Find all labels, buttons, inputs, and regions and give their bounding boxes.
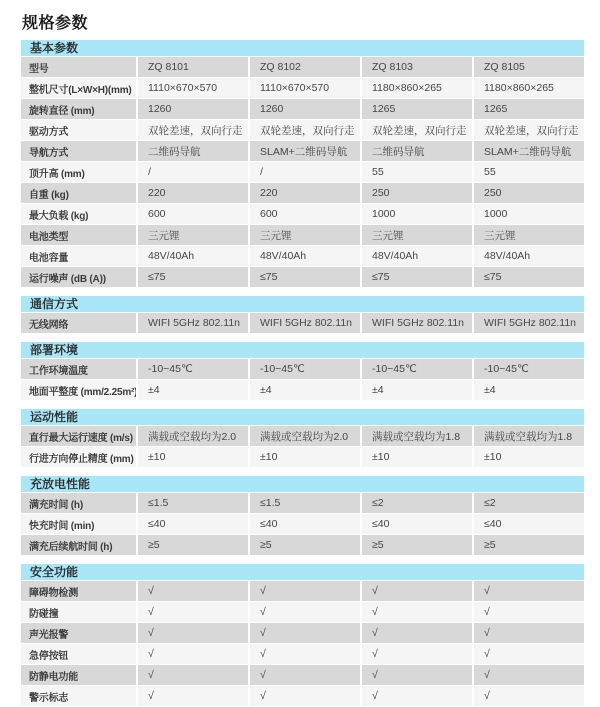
- value-cell: ZQ 8102: [250, 57, 360, 77]
- table-row: 型号ZQ 8101ZQ 8102ZQ 8103ZQ 8105: [21, 57, 584, 77]
- value-cell: ≤2: [362, 493, 472, 513]
- table-row: 满充时间 (h)≤1.5≤1.5≤2≤2: [21, 493, 584, 513]
- value-cell: -10~45℃: [474, 359, 584, 379]
- value-cell: √: [250, 665, 360, 685]
- value-cell: √: [474, 686, 584, 706]
- value-cell: √: [474, 602, 584, 622]
- table-row: 防碰撞√√√√: [21, 602, 584, 622]
- table-row: 电池类型三元锂三元锂三元锂三元锂: [21, 225, 584, 245]
- value-cell: 1260: [138, 99, 248, 119]
- value-cell: 双轮差速，双向行走: [362, 120, 472, 140]
- row-label: 无线网络: [21, 313, 136, 333]
- value-cell: 55: [362, 162, 472, 182]
- table-row: 快充时间 (min)≤40≤40≤40≤40: [21, 514, 584, 534]
- value-cell: ±4: [138, 380, 248, 400]
- table-row: 导航方式二维码导航SLAM+二维码导航二维码导航SLAM+二维码导航: [21, 141, 584, 161]
- value-cell: ±10: [250, 447, 360, 467]
- table-row: 防静电功能√√√√: [21, 665, 584, 685]
- table-row: 障碍物检测√√√√: [21, 581, 584, 601]
- row-label: 警示标志: [21, 686, 136, 706]
- value-cell: √: [250, 686, 360, 706]
- value-cell: WIFI 5GHz 802.11n: [250, 313, 360, 333]
- value-cell: 双轮差速，双向行走: [474, 120, 584, 140]
- value-cell: 48V/40Ah: [138, 246, 248, 266]
- value-cell: √: [474, 623, 584, 643]
- row-label: 顶升高 (mm): [21, 162, 136, 182]
- value-cell: ZQ 8103: [362, 57, 472, 77]
- row-label: 驱动方式: [21, 120, 136, 140]
- value-cell: ±10: [362, 447, 472, 467]
- value-cell: 三元锂: [362, 225, 472, 245]
- value-cell: ≤40: [474, 514, 584, 534]
- row-label: 直行最大运行速度 (m/s): [21, 426, 136, 446]
- value-cell: 二维码导航: [138, 141, 248, 161]
- row-label: 满充时间 (h): [21, 493, 136, 513]
- value-cell: 55: [474, 162, 584, 182]
- value-cell: /: [250, 162, 360, 182]
- value-cell: √: [362, 602, 472, 622]
- row-label: 导航方式: [21, 141, 136, 161]
- spec-section: 运动性能直行最大运行速度 (m/s)满载或空载均为2.0满载或空载均为2.0满载…: [21, 409, 584, 467]
- row-label: 障碍物检测: [21, 581, 136, 601]
- value-cell: ≥5: [474, 535, 584, 555]
- value-cell: 600: [250, 204, 360, 224]
- value-cell: √: [362, 665, 472, 685]
- table-row: 运行噪声 (dB (A))≤75≤75≤75≤75: [21, 267, 584, 287]
- value-cell: √: [474, 644, 584, 664]
- value-cell: ≤75: [362, 267, 472, 287]
- value-cell: ±4: [362, 380, 472, 400]
- value-cell: 三元锂: [138, 225, 248, 245]
- table-row: 无线网络WIFI 5GHz 802.11nWIFI 5GHz 802.11nWI…: [21, 313, 584, 333]
- value-cell: √: [250, 581, 360, 601]
- value-cell: √: [138, 581, 248, 601]
- value-cell: ≤1.5: [250, 493, 360, 513]
- value-cell: 满载或空载均为1.8: [474, 426, 584, 446]
- value-cell: √: [138, 602, 248, 622]
- value-cell: √: [138, 644, 248, 664]
- value-cell: WIFI 5GHz 802.11n: [474, 313, 584, 333]
- row-label: 旋转直径 (mm): [21, 99, 136, 119]
- value-cell: 220: [250, 183, 360, 203]
- value-cell: √: [474, 665, 584, 685]
- value-cell: ±10: [138, 447, 248, 467]
- row-label: 最大负载 (kg): [21, 204, 136, 224]
- row-label: 防碰撞: [21, 602, 136, 622]
- value-cell: ZQ 8101: [138, 57, 248, 77]
- row-label: 电池容量: [21, 246, 136, 266]
- value-cell: ≤40: [138, 514, 248, 534]
- table-row: 直行最大运行速度 (m/s)满载或空载均为2.0满载或空载均为2.0满载或空载均…: [21, 426, 584, 446]
- spec-section: 通信方式无线网络WIFI 5GHz 802.11nWIFI 5GHz 802.1…: [21, 296, 584, 333]
- row-label: 行进方向停止精度 (mm): [21, 447, 136, 467]
- row-label: 电池类型: [21, 225, 136, 245]
- value-cell: 48V/40Ah: [474, 246, 584, 266]
- row-label: 快充时间 (min): [21, 514, 136, 534]
- value-cell: √: [362, 686, 472, 706]
- value-cell: √: [138, 686, 248, 706]
- value-cell: ±4: [474, 380, 584, 400]
- section-header: 基本参数: [21, 40, 584, 56]
- spec-section: 安全功能障碍物检测√√√√防碰撞√√√√声光报警√√√√急停按钮√√√√防静电功…: [21, 564, 584, 706]
- value-cell: 48V/40Ah: [362, 246, 472, 266]
- value-cell: √: [362, 581, 472, 601]
- value-cell: ≤75: [250, 267, 360, 287]
- value-cell: √: [250, 644, 360, 664]
- value-cell: 1260: [250, 99, 360, 119]
- row-label: 工作环境温度: [21, 359, 136, 379]
- spec-table: 基本参数型号ZQ 8101ZQ 8102ZQ 8103ZQ 8105整机尺寸(L…: [21, 40, 584, 706]
- value-cell: ≤2: [474, 493, 584, 513]
- value-cell: √: [250, 602, 360, 622]
- value-cell: -10~45℃: [362, 359, 472, 379]
- value-cell: 满载或空载均为2.0: [250, 426, 360, 446]
- value-cell: √: [474, 581, 584, 601]
- table-row: 满充后续航时间 (h)≥5≥5≥5≥5: [21, 535, 584, 555]
- value-cell: WIFI 5GHz 802.11n: [138, 313, 248, 333]
- section-header: 安全功能: [21, 564, 584, 580]
- value-cell: ≤40: [362, 514, 472, 534]
- value-cell: 满载或空载均为1.8: [362, 426, 472, 446]
- value-cell: 双轮差速，双向行走: [250, 120, 360, 140]
- table-row: 工作环境温度-10~45℃-10~45℃-10~45℃-10~45℃: [21, 359, 584, 379]
- value-cell: ≤40: [250, 514, 360, 534]
- value-cell: √: [138, 623, 248, 643]
- value-cell: 250: [474, 183, 584, 203]
- value-cell: -10~45℃: [138, 359, 248, 379]
- value-cell: ≤1.5: [138, 493, 248, 513]
- value-cell: 1110×670×570: [138, 78, 248, 98]
- value-cell: ≥5: [138, 535, 248, 555]
- row-label: 满充后续航时间 (h): [21, 535, 136, 555]
- row-label: 型号: [21, 57, 136, 77]
- value-cell: 1110×670×570: [250, 78, 360, 98]
- value-cell: √: [138, 665, 248, 685]
- value-cell: ≥5: [250, 535, 360, 555]
- table-row: 驱动方式双轮差速，双向行走双轮差速，双向行走双轮差速，双向行走双轮差速，双向行走: [21, 120, 584, 140]
- value-cell: -10~45℃: [250, 359, 360, 379]
- row-label: 声光报警: [21, 623, 136, 643]
- value-cell: 250: [362, 183, 472, 203]
- value-cell: 1180×860×265: [474, 78, 584, 98]
- value-cell: ≤75: [138, 267, 248, 287]
- section-header: 通信方式: [21, 296, 584, 312]
- value-cell: ±4: [250, 380, 360, 400]
- value-cell: ≥5: [362, 535, 472, 555]
- table-row: 整机尺寸(L×W×H)(mm)1110×670×5701110×670×5701…: [21, 78, 584, 98]
- value-cell: 1180×860×265: [362, 78, 472, 98]
- table-row: 最大负载 (kg)60060010001000: [21, 204, 584, 224]
- table-row: 地面平整度 (mm/2.25m²)±4±4±4±4: [21, 380, 584, 400]
- value-cell: 48V/40Ah: [250, 246, 360, 266]
- table-row: 旋转直径 (mm)1260126012651265: [21, 99, 584, 119]
- spec-section: 部署环境工作环境温度-10~45℃-10~45℃-10~45℃-10~45℃地面…: [21, 342, 584, 400]
- value-cell: 二维码导航: [362, 141, 472, 161]
- value-cell: 1000: [362, 204, 472, 224]
- value-cell: 1265: [362, 99, 472, 119]
- value-cell: 600: [138, 204, 248, 224]
- spec-section: 基本参数型号ZQ 8101ZQ 8102ZQ 8103ZQ 8105整机尺寸(L…: [21, 40, 584, 287]
- spec-section: 充放电性能满充时间 (h)≤1.5≤1.5≤2≤2快充时间 (min)≤40≤4…: [21, 476, 584, 555]
- value-cell: SLAM+二维码导航: [474, 141, 584, 161]
- value-cell: √: [250, 623, 360, 643]
- value-cell: SLAM+二维码导航: [250, 141, 360, 161]
- value-cell: 满载或空载均为2.0: [138, 426, 248, 446]
- section-header: 充放电性能: [21, 476, 584, 492]
- value-cell: 双轮差速，双向行走: [138, 120, 248, 140]
- row-label: 地面平整度 (mm/2.25m²): [21, 380, 136, 400]
- page-title: 规格参数: [22, 10, 600, 33]
- value-cell: 1265: [474, 99, 584, 119]
- value-cell: WIFI 5GHz 802.11n: [362, 313, 472, 333]
- value-cell: ≤75: [474, 267, 584, 287]
- row-label: 急停按钮: [21, 644, 136, 664]
- row-label: 运行噪声 (dB (A)): [21, 267, 136, 287]
- section-header: 部署环境: [21, 342, 584, 358]
- value-cell: 220: [138, 183, 248, 203]
- table-row: 声光报警√√√√: [21, 623, 584, 643]
- value-cell: /: [138, 162, 248, 182]
- section-header: 运动性能: [21, 409, 584, 425]
- value-cell: ZQ 8105: [474, 57, 584, 77]
- table-row: 自重 (kg)220220250250: [21, 183, 584, 203]
- table-row: 电池容量48V/40Ah48V/40Ah48V/40Ah48V/40Ah: [21, 246, 584, 266]
- table-row: 行进方向停止精度 (mm)±10±10±10±10: [21, 447, 584, 467]
- table-row: 顶升高 (mm)//5555: [21, 162, 584, 182]
- table-row: 急停按钮√√√√: [21, 644, 584, 664]
- row-label: 整机尺寸(L×W×H)(mm): [21, 78, 136, 98]
- value-cell: 三元锂: [250, 225, 360, 245]
- value-cell: 三元锂: [474, 225, 584, 245]
- table-row: 警示标志√√√√: [21, 686, 584, 706]
- value-cell: 1000: [474, 204, 584, 224]
- value-cell: √: [362, 644, 472, 664]
- row-label: 自重 (kg): [21, 183, 136, 203]
- row-label: 防静电功能: [21, 665, 136, 685]
- value-cell: √: [362, 623, 472, 643]
- value-cell: ±10: [474, 447, 584, 467]
